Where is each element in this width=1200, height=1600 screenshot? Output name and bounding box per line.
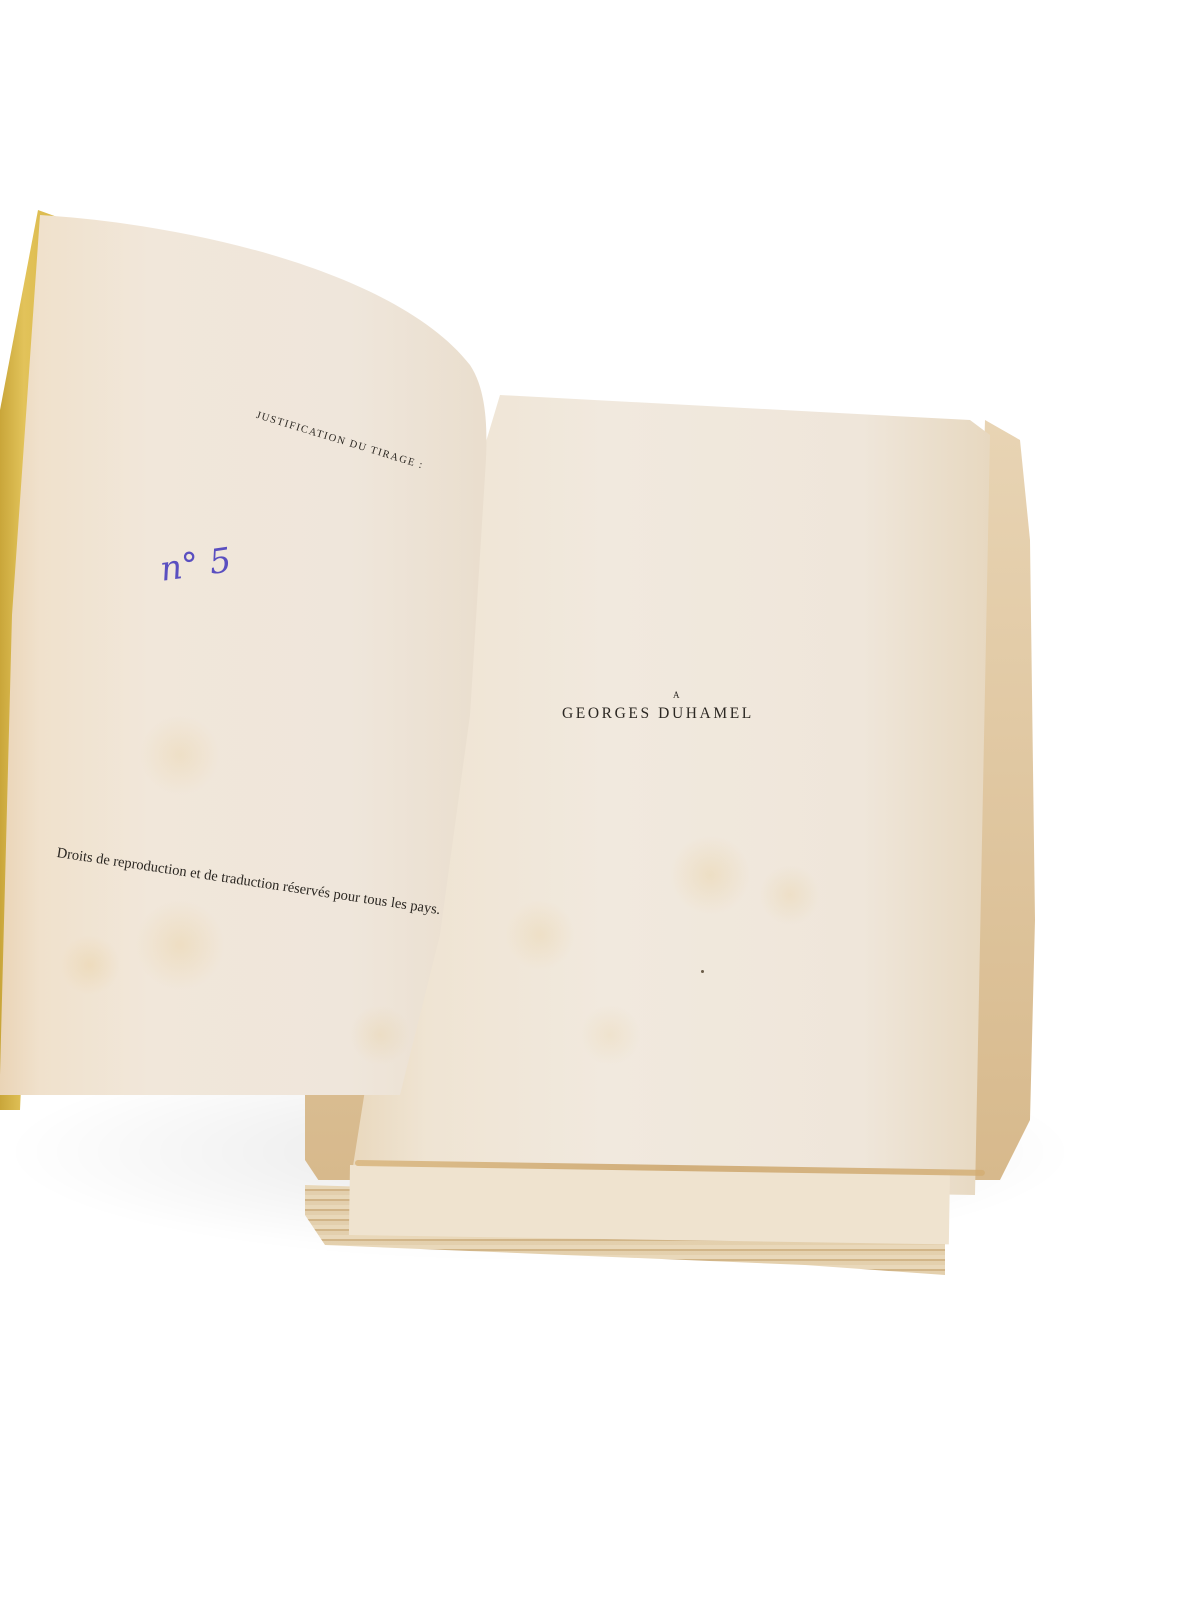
dedication-name: GEORGES DUHAMEL: [562, 705, 754, 723]
right-page-underleaf: [349, 1165, 950, 1244]
foxing-stains: [0, 215, 500, 1095]
book-photo: JUSTIFICATION DU TIRAGE : n° 5 Droits de…: [0, 0, 1200, 1600]
left-page: [0, 215, 500, 1095]
page-speck: [701, 970, 704, 973]
dedication-prefix: A: [673, 690, 681, 700]
